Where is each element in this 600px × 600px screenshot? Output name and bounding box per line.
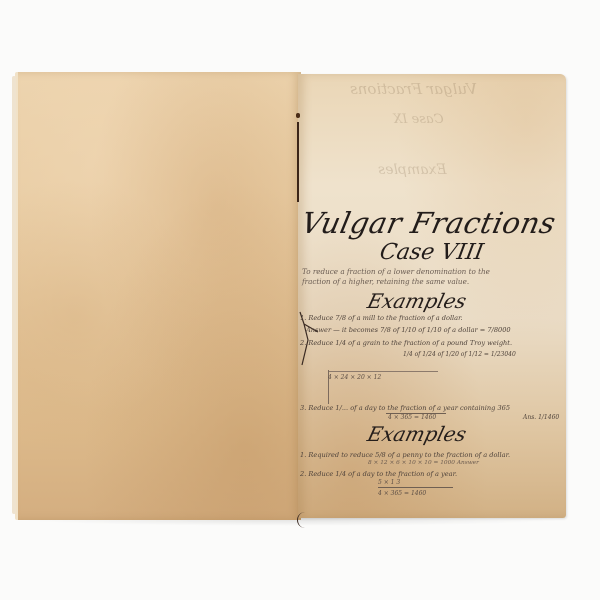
open-copybook-photo: Vulgar Fractions Case IX Examples Vulgar…: [0, 0, 600, 600]
bleed-through-examples: Examples: [378, 162, 447, 178]
example-line: 1. Reduce 7/8 of a mill to the fraction …: [300, 314, 463, 322]
bleed-through-case: Case IX: [393, 112, 444, 127]
spine-thread-tail: [297, 512, 306, 528]
work-calculation: 8 × 12 × 6 × 10 × 10 = 1000 Answer: [368, 460, 479, 466]
example-line: 1/4 of 1/24 of 1/20 of 1/12 = 1/23040: [403, 351, 516, 358]
example-line: 1. Required to reduce 5/8 of a penny to …: [300, 451, 510, 459]
page-title: Vulgar Fractions: [298, 206, 559, 240]
examples-heading-2: Examples: [365, 422, 469, 446]
examples-heading: Examples: [365, 289, 469, 313]
rule-line: fraction of a higher, retaining the same…: [302, 277, 469, 286]
work-calculation: 4 × 365 = 1460: [378, 490, 426, 497]
example-line: 3. Reduce 1/... of a day to the fraction…: [300, 404, 510, 412]
example-line: Answer — it becomes 7/8 of 1/10 of 1/10 …: [306, 326, 511, 334]
work-calculation: 4 × 24 × 20 × 12: [328, 374, 381, 381]
example-answer: Ans. 1/1460: [523, 414, 559, 421]
work-calculation: 4 × 365 = 1460: [388, 414, 436, 421]
example-line: 2. Reduce 1/4 of a grain to the fraction…: [300, 339, 512, 347]
work-rule: [328, 371, 438, 372]
case-heading: Case VIII: [378, 240, 486, 265]
right-page: Vulgar Fractions Case IX Examples Vulgar…: [298, 74, 566, 518]
left-page-blank: [15, 72, 301, 520]
work-rule: [378, 487, 453, 488]
example-line: 2. Reduce 1/4 of a day to the fraction o…: [300, 470, 457, 478]
spine-stitch-knot: [296, 113, 300, 118]
work-calculation: 5 × 1 3: [378, 479, 400, 486]
rule-line: To reduce a fraction of a lower denomina…: [302, 267, 490, 276]
bleed-through-title: Vulgar Fractions: [350, 80, 477, 98]
spine-stitch-thread: [297, 122, 299, 202]
